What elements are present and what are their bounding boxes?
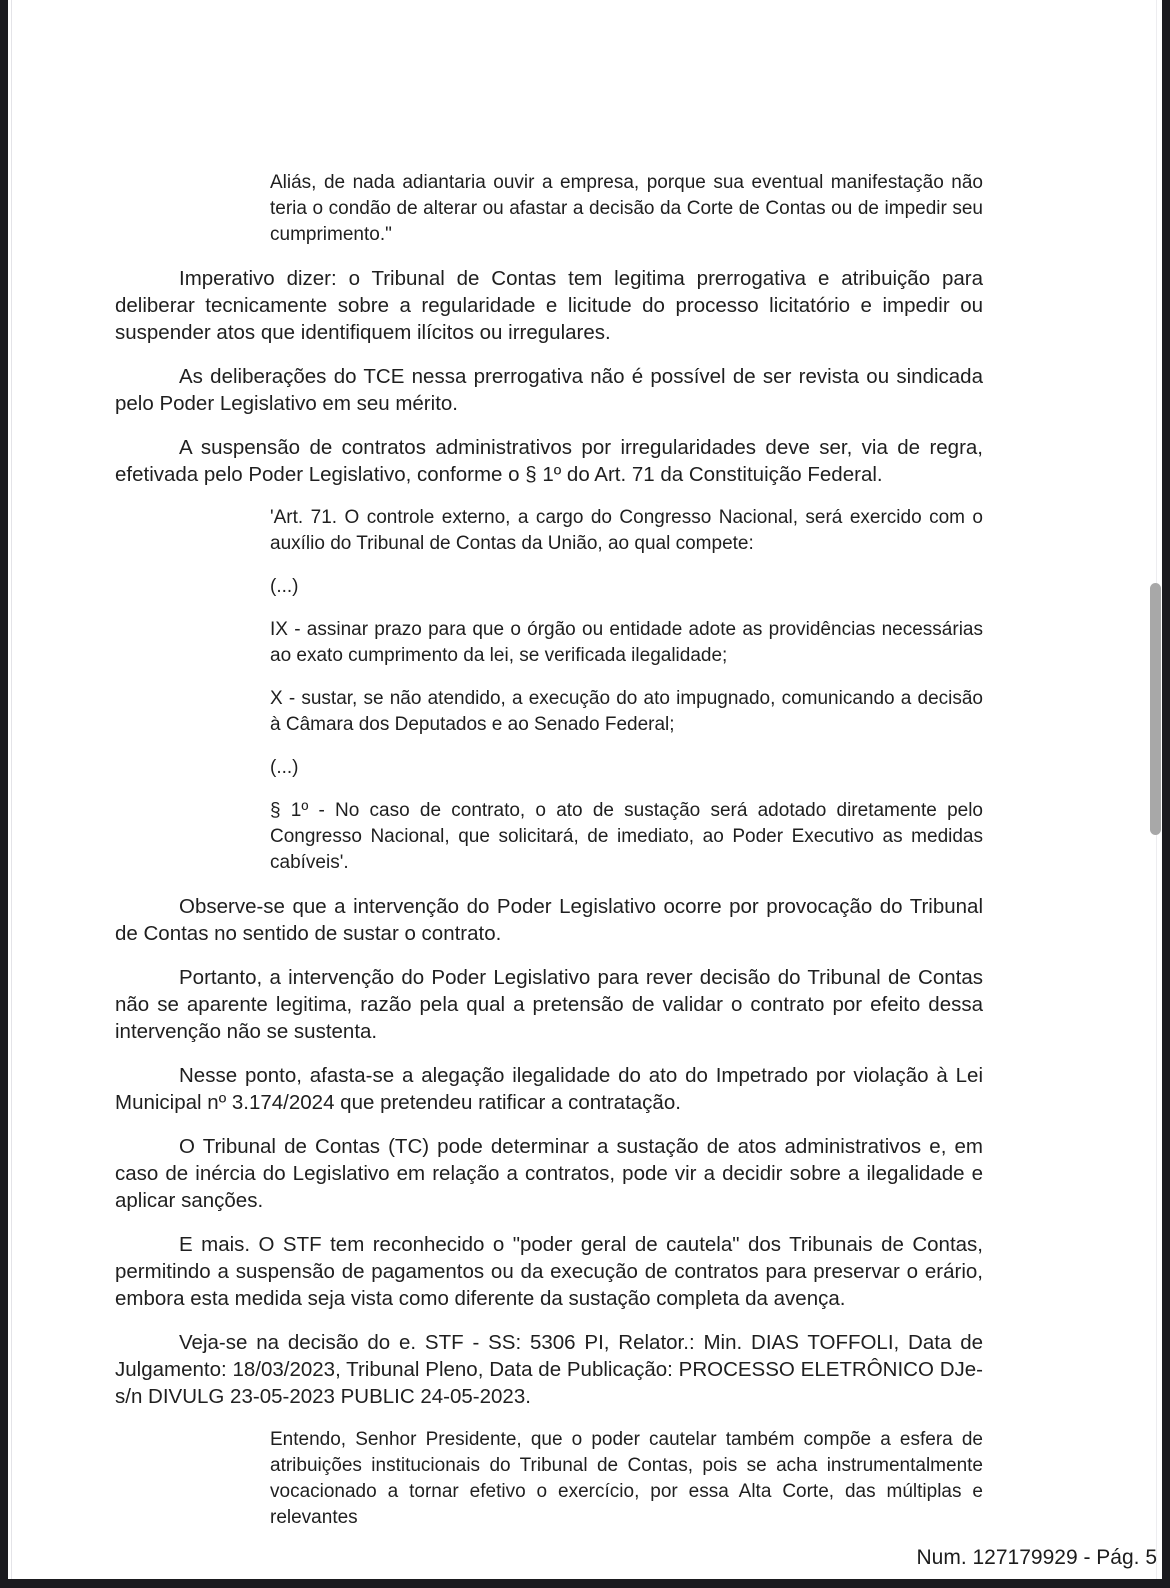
viewer-bottom-edge-bar bbox=[0, 1579, 1170, 1588]
body-paragraph: Portanto, a intervenção do Poder Legisla… bbox=[115, 964, 983, 1045]
page-number-label: Num. 127179929 - Pág. 5 bbox=[917, 1546, 1158, 1570]
body-paragraph: O Tribunal de Contas (TC) pode determina… bbox=[115, 1133, 983, 1214]
document-page: Aliás, de nada adiantaria ouvir a empres… bbox=[0, 0, 1170, 1548]
quote-paragraph: Aliás, de nada adiantaria ouvir a empres… bbox=[270, 170, 983, 248]
viewer-right-edge-bar bbox=[1162, 0, 1170, 1588]
body-paragraph: A suspensão de contratos administrativos… bbox=[115, 434, 983, 488]
viewer-left-edge-bar bbox=[0, 0, 8, 1588]
quote-ellipsis: (...) bbox=[270, 574, 983, 600]
quote-ellipsis: (...) bbox=[270, 755, 983, 781]
quote-paragraph: X - sustar, se não atendido, a execução … bbox=[270, 686, 983, 738]
body-paragraph: Veja-se na decisão do e. STF - SS: 5306 … bbox=[115, 1329, 983, 1410]
quote-paragraph: § 1º - No caso de contrato, o ato de sus… bbox=[270, 798, 983, 876]
pdf-document-viewer: Aliás, de nada adiantaria ouvir a empres… bbox=[0, 0, 1170, 1588]
quote-paragraph: IX - assinar prazo para que o órgão ou e… bbox=[270, 617, 983, 669]
scrollbar-thumb[interactable] bbox=[1150, 583, 1161, 835]
body-paragraph: E mais. O STF tem reconhecido o "poder g… bbox=[115, 1231, 983, 1312]
body-paragraph: Imperativo dizer: o Tribunal de Contas t… bbox=[115, 265, 983, 346]
quote-paragraph: Entendo, Senhor Presidente, que o poder … bbox=[270, 1427, 983, 1531]
body-paragraph: Observe-se que a intervenção do Poder Le… bbox=[115, 893, 983, 947]
quote-paragraph: 'Art. 71. O controle externo, a cargo do… bbox=[270, 505, 983, 557]
body-paragraph: As deliberações do TCE nessa prerrogativ… bbox=[115, 363, 983, 417]
scrollbar-track[interactable] bbox=[1148, 0, 1162, 1588]
body-paragraph: Nesse ponto, afasta-se a alegação ilegal… bbox=[115, 1062, 983, 1116]
